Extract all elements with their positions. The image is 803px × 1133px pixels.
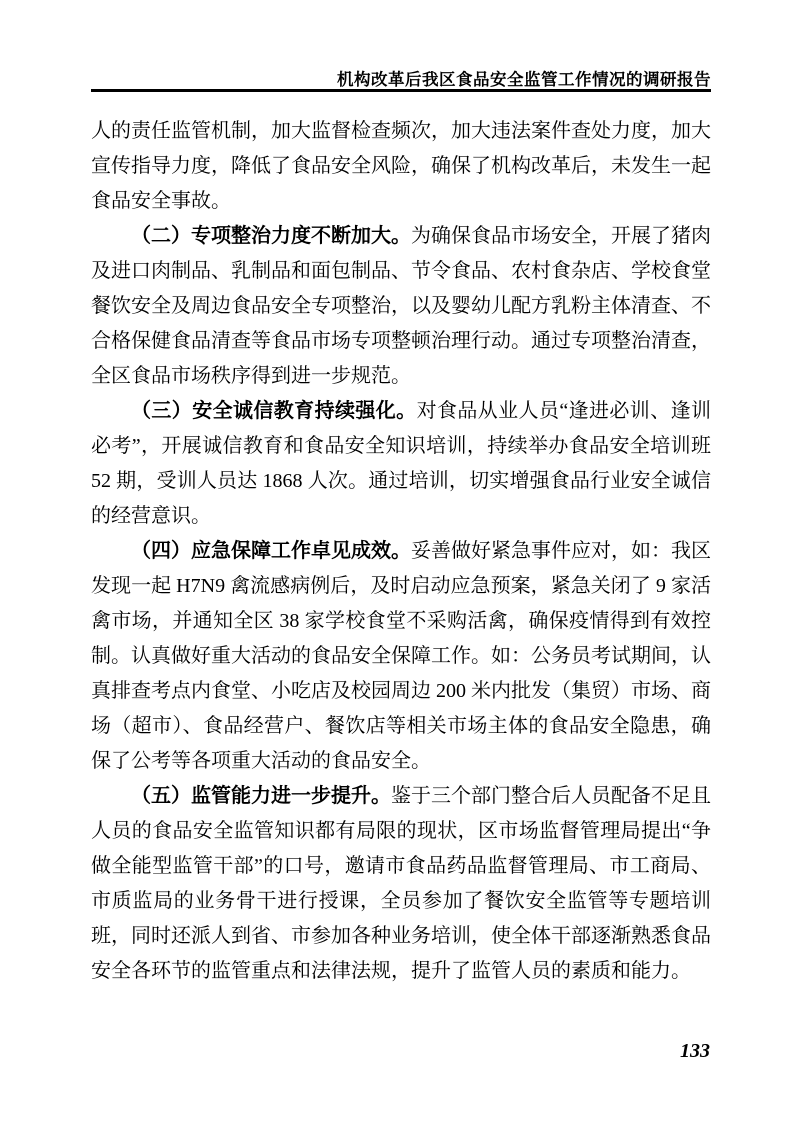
paragraph: （五）监管能力进一步提升。鉴于三个部门整合后人员配备不足且人员的食品安全监管知识… xyxy=(91,779,711,989)
paragraph-heading: （二）专项整治力度不断加大。 xyxy=(131,225,411,247)
running-header-title: 机构改革后我区食品安全监管工作情况的调研报告 xyxy=(337,66,711,90)
paragraph-text: 人的责任监管机制，加大监督检查频次，加大违法案件查处力度，加大宣传指导力度，降低… xyxy=(91,120,711,212)
paragraph: （二）专项整治力度不断加大。为确保食品市场安全，开展了猪肉及进口肉制品、乳制品和… xyxy=(91,219,711,394)
paragraph-text: 为确保食品市场安全，开展了猪肉及进口肉制品、乳制品和面包制品、节令食品、农村食杂… xyxy=(91,225,711,387)
paragraph-heading: （五）监管能力进一步提升。 xyxy=(131,785,391,807)
document-body: 人的责任监管机制，加大监督检查频次，加大违法案件查处力度，加大宣传指导力度，降低… xyxy=(91,114,711,989)
header-rule xyxy=(91,89,711,92)
document-page: 机构改革后我区食品安全监管工作情况的调研报告 人的责任监管机制，加大监督检查频次… xyxy=(0,0,803,1133)
paragraph-text: 妥善做好紧急事件应对，如：我区发现一起 H7N9 禽流感病例后，及时启动应急预案… xyxy=(91,540,711,772)
paragraph: 人的责任监管机制，加大监督检查频次，加大违法案件查处力度，加大宣传指导力度，降低… xyxy=(91,114,711,219)
paragraph-heading: （四）应急保障工作卓见成效。 xyxy=(131,540,411,562)
paragraph: （三）安全诚信教育持续强化。对食品从业人员“逢进必训、逢训必考”，开展诚信教育和… xyxy=(91,394,711,534)
page-number: 133 xyxy=(680,1040,710,1063)
paragraph-heading: （三）安全诚信教育持续强化。 xyxy=(131,400,417,422)
paragraph-text: 鉴于三个部门整合后人员配备不足且人员的食品安全监管知识都有局限的现状，区市场监督… xyxy=(91,785,711,982)
paragraph: （四）应急保障工作卓见成效。妥善做好紧急事件应对，如：我区发现一起 H7N9 禽… xyxy=(91,534,711,779)
